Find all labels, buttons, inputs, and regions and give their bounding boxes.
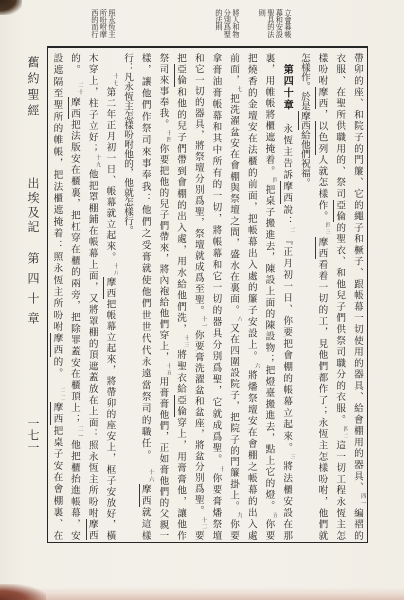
verse-text: 他把罩棚鋪在帳幕上面，又將罩棚的頂遮蓋放在上面：照永恆主所吩咐 xyxy=(87,169,98,519)
proper-name: 摩西 xyxy=(315,87,327,110)
verse-text: 你要把他的兒子們帶來，將內袍給他們穿上， xyxy=(157,144,168,363)
text-column-12: 祭司來事奉我。十四你要把他的兒子們帶來，將內袍給他們穿上，十五用膏膏他們，正如膏… xyxy=(154,53,172,540)
verse-text: 設遮隔至聖所的帷帳，把法櫃遮掩着：照永恆主所吩咐 xyxy=(51,53,62,333)
verse-number: 十八 xyxy=(112,263,118,277)
verse-number: 五 xyxy=(271,512,277,519)
text-column-11: 把亞倫和他的兒子們帶到會棚的出入處，用水給他們洗，十三將聖衣給亞倫穿上，用膏膏他… xyxy=(171,53,189,540)
verse-text: 你要膏洗濯盆和盆座，將盆分別爲聖。 xyxy=(193,330,204,517)
verse-text: 把法版安在櫃裏，把杠穿在櫃的兩旁，把除罪蓋安在櫃頂上； xyxy=(69,119,80,423)
verse-text: 衣服、在聖所供職用的、祭司 xyxy=(334,53,345,200)
text-column-10: 和它一切的器具，將祭壇分別爲聖，祭壇就成爲至聖。十一你要膏洗濯盆和盆座，將盆分別… xyxy=(189,53,207,540)
verse-text: 說： xyxy=(281,204,292,227)
verse-text: 祭司來事奉我。 xyxy=(157,53,168,130)
verse-text: 把 xyxy=(175,53,186,64)
verse-text: 怎樣作。於是 xyxy=(299,53,310,111)
verse-text: 他把櫃抬進帳幕，安 xyxy=(69,440,80,540)
proper-name: 摩西 xyxy=(50,333,62,356)
verse-number: 四一 xyxy=(360,493,366,507)
verse-text: 編褶的 xyxy=(352,508,363,540)
verse-number: 十三 xyxy=(183,335,189,349)
proper-name: 亞倫 xyxy=(174,395,186,418)
proper-name: 摩西 xyxy=(280,181,292,204)
verse-text: 看着一切的工，見他們都作了；永恆主怎樣吩咐，他們就 xyxy=(316,259,327,540)
verse-text: 永恆主告訴 xyxy=(281,124,292,182)
verse-number: 九 xyxy=(236,512,242,519)
verse-number: 四 xyxy=(271,177,277,184)
proper-name: 以色列 xyxy=(315,121,327,155)
proper-name: 摩西 xyxy=(103,277,115,299)
proper-name: 摩西 xyxy=(298,111,310,130)
verse-number: 十一 xyxy=(201,316,207,330)
verse-number: 二二 xyxy=(59,387,65,402)
verse-number: 十九 xyxy=(95,153,101,169)
text-column-7: 把燒香的金壇安在法櫃的前面，把帳幕出入處的簾子安設上。六將燔祭壇安在會棚之帳幕的… xyxy=(242,53,260,540)
page-bottom-edge xyxy=(0,587,404,600)
verse-number: 四二 xyxy=(342,426,348,440)
running-title: 舊約聖經 xyxy=(25,56,41,120)
verse-text: 和它一切的器具，將祭壇分別爲聖，祭壇就成爲至聖。 xyxy=(193,53,204,316)
proper-name: 摩西 xyxy=(68,97,80,120)
verse-text: 第二年正月初一日、帳幕就立起來。 xyxy=(104,87,115,263)
verse-number: 七 xyxy=(236,86,242,93)
verse-text: 將聖衣給 xyxy=(175,350,186,395)
section-heading-middle: 將人和物分別爲聖的法則 xyxy=(214,9,240,43)
section-heading-right: 立會幕帳幕和安設聖具的法則 xyxy=(258,9,292,43)
text-column-15: 十七第二年正月初一日、帳幕就立起來。十八摩西把帳幕立起來，將帶卯的座安上，框子安… xyxy=(101,53,119,540)
text-column-9: 拿膏油膏帳幕和其中所有的一切，將帳幕和它一切的器具分別爲聖，它就成爲聖。十你要膏… xyxy=(207,53,225,540)
text-column-17: 的。 二十摩西把法版安在櫃裏，把杠穿在櫃的兩旁，把除罪蓋安在櫃頂上；二一他把櫃抬… xyxy=(65,53,83,540)
verse-number: 八 xyxy=(236,316,242,323)
verse-text: 要 xyxy=(193,530,204,540)
book-name: 出埃及記 xyxy=(25,177,41,235)
verse-number: 十五 xyxy=(165,363,171,377)
verse-text: 裏，用帷帳將櫃遮掩着。 xyxy=(263,53,274,177)
proper-name: 摩西 xyxy=(315,237,327,260)
verse-text: 前面， xyxy=(228,53,239,86)
proper-name: 摩西 xyxy=(139,484,151,507)
verse-text: 你要 xyxy=(228,519,239,540)
verse-text: 將法櫃安設在那 xyxy=(281,461,292,540)
verse-text: 樣，讓他們作祭司來事奉我：他們之受膏就使他們世世代代永遠當祭司的職任。 xyxy=(140,53,151,469)
verse-text: ， xyxy=(316,109,327,120)
verse-text: 把帳幕立起來，將帶卯的座安上，框子安放好，橫 xyxy=(104,299,115,540)
proper-name: 亞倫 xyxy=(174,64,186,87)
verse-number: 十二 xyxy=(201,517,207,531)
verse-text: 的聖衣、和他兒子們供祭司職分的衣服。 xyxy=(334,222,345,425)
verse-number: 二一 xyxy=(77,424,83,440)
verse-text: 把桌子搬進去，陳設上面的陳設物；把燈臺搬進去，點上它的燈。 xyxy=(263,184,274,512)
verse-text: 把燒香的金壇安在法櫃的前面，把帳幕出入處的簾子安設上。 xyxy=(246,53,257,363)
text-column-14: 行：凡永恆主怎樣吩咐他的，他就怎樣行。 xyxy=(118,53,136,540)
verse-text: 的。 xyxy=(51,357,62,387)
verse-text: 拿膏油膏帳幕和其中所有的一切，將帳幕和它一切的器具分別爲聖，它就成爲聖。 xyxy=(210,53,221,466)
verse-text: 木穿上，柱子立好； xyxy=(87,53,98,153)
verse-number: 二 xyxy=(289,227,295,234)
page-corner-shadow-bottom xyxy=(0,584,46,600)
verse-number: 十六 xyxy=(148,469,154,484)
text-column-6: 裏，用帷帳將櫃遮掩着。四把桌子搬進去，陳設上面的陳設物；把燈臺搬進去，點上它的燈… xyxy=(260,53,278,540)
text-column-16: 木穿上，柱子立好；十九他把罩棚鋪在帳幕上面，又將罩棚的頂遮蓋放在上面：照永恆主所… xyxy=(83,53,101,540)
verse-number: 四三 xyxy=(324,222,330,236)
verse-text: 又在四圍設院子，把院子的門簾掛上。 xyxy=(228,323,239,512)
verse-text: 帶卯的座、和院子的門簾、它的繩子和橛子、跟帳幕一切使用的器具、給會棚用的器具、 xyxy=(352,53,363,493)
text-column-18: 設遮隔至聖所的帷帳，把法櫃遮掩着：照永恆主所吩咐摩西的。 二二摩西把桌子安在會棚… xyxy=(48,53,66,540)
verse-number: 十四 xyxy=(165,130,171,144)
verse-text: 和他的兒子們帶到會棚的出入處，用水給他們洗， xyxy=(175,87,186,335)
scanned-book-page: 立會幕帳幕和安設聖具的法則 將人和物分別爲聖的法則 照永恆主所吩咐摩西的而行 舊… xyxy=(0,0,404,600)
text-column-1: 帶卯的座、和院子的門簾、它的繩子和橛子、跟帳幕一切使用的器具、給會棚用的器具、四… xyxy=(348,53,366,540)
verse-text: 樣吩咐 xyxy=(316,53,327,87)
text-column-3: 樣吩咐摩西，以色列人就怎樣作。四三摩西看着一切的工，見他們都作了；永恆主怎樣吩咐… xyxy=(313,53,331,540)
verse-text: 將燔祭壇安在會棚之帳幕的出入處 xyxy=(246,370,257,540)
verse-number: 三 xyxy=(289,454,295,461)
verse-text: 把洗濯盆安在會棚與祭壇之間，盛水在裏面。 xyxy=(228,93,239,316)
text-column-13: 樣，讓他們作祭司來事奉我：他們之受膏就使他們世世代代永遠當祭司的職任。 十六摩西… xyxy=(136,53,154,540)
verse-text: 把桌子安在會棚裏、在 xyxy=(51,425,62,540)
verse-number: 六 xyxy=(254,363,260,370)
verse-text: 你要 xyxy=(263,519,274,540)
verse-number: 十 xyxy=(218,466,224,473)
verse-text: 的。 xyxy=(69,53,80,82)
verse-text: 這一切工程永恆主怎 xyxy=(334,440,345,540)
verse-text: 給他們祝福。 xyxy=(299,130,310,188)
page-number: 一七一 xyxy=(25,417,41,453)
page-corner-shadow xyxy=(0,0,22,15)
chapter-heading: 第四十章 xyxy=(281,64,292,112)
verse-text: 你要膏燔祭壇 xyxy=(210,473,221,540)
text-column-2: 衣服、在聖所供職用的、祭司亞倫的聖衣、和他兒子們供祭司職分的衣服。四二這一切工程… xyxy=(331,53,349,540)
verse-text: 『正月初一日、你要把會棚的帳幕立起來。 xyxy=(281,235,292,454)
proper-name: 摩西 xyxy=(86,519,98,540)
verse-text: 行：凡永恆主怎樣吩咐他的，他就怎樣行。 xyxy=(122,53,133,235)
text-column-5: 第四十章永恆主告訴摩西說：二『正月初一日、你要把會棚的帳幕立起來。三將法櫃安設在… xyxy=(278,53,296,540)
proper-name: 摩西 xyxy=(50,402,62,425)
verse-number: 十七 xyxy=(112,73,118,87)
text-column-8: 前面，七把洗濯盆安在會棚與祭壇之間，盛水在裏面。八又在四圍設院子，把院子的門簾掛… xyxy=(224,53,242,540)
verse-text: 人就怎樣作。 xyxy=(316,155,327,223)
verse-text: 穿上，用膏膏他，讓他作 xyxy=(175,417,186,540)
text-column-4: 怎樣作。於是摩西給他們祝福。 xyxy=(295,53,313,540)
verse-text: 用膏膏他們，正如膏他們的父親一 xyxy=(157,377,168,540)
section-heading-left: 照永恆主所吩咐摩西的而行 xyxy=(90,9,116,43)
verse-number: 二十 xyxy=(77,82,83,96)
chapter-label: 第四十章 xyxy=(25,252,41,332)
proper-name: 亞倫 xyxy=(333,200,345,223)
verse-text: 就這樣 xyxy=(140,507,151,540)
